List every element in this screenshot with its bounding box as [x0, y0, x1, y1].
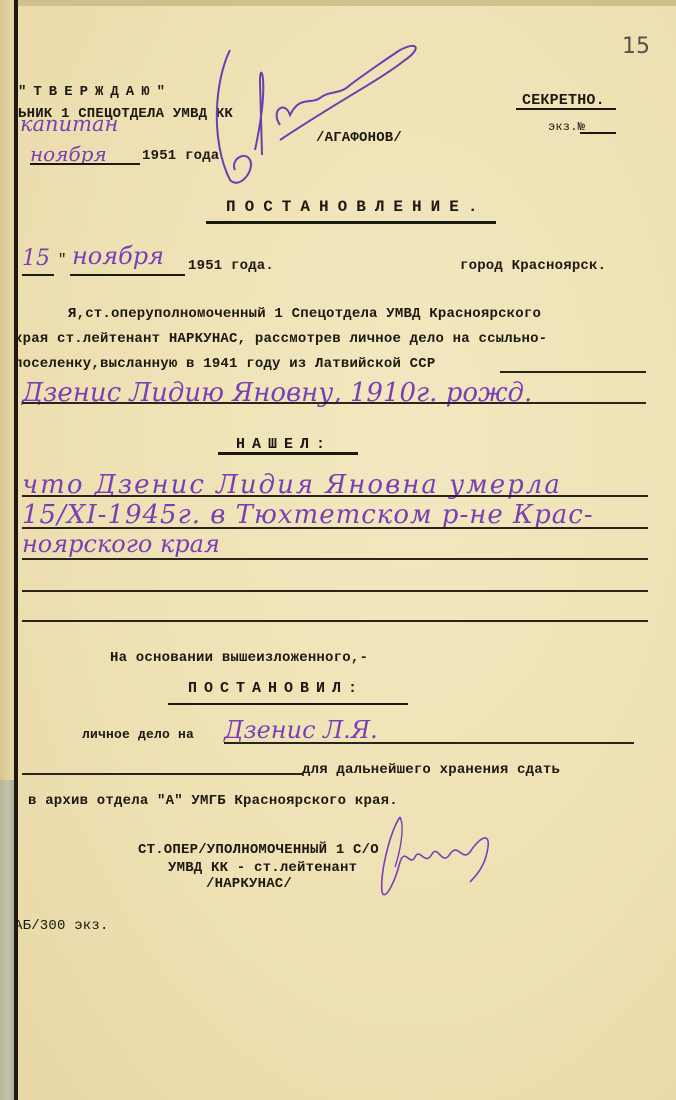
resolution-name-handwritten: Дзенис Л.Я.: [224, 716, 378, 744]
resolution-prefix: личное дело на: [82, 727, 194, 742]
signatory-unit-rank: УМВД КК - ст.лейтенант: [168, 860, 357, 876]
page-top-edge: [18, 0, 676, 6]
found-heading: НАШЕЛ:: [236, 436, 332, 453]
officer-signature-icon: [370, 812, 550, 902]
signatory-title: СТ.ОПЕР/УПОЛНОМОЧЕННЫЙ 1 С/О: [138, 842, 379, 858]
date-day-handwritten: 15: [22, 246, 50, 271]
date-year: 1951 года.: [188, 258, 274, 274]
found-line-1-rule: [22, 495, 648, 497]
copy-number-line: [580, 132, 616, 134]
approval-title: "ТВЕРЖДАЮ": [18, 84, 172, 100]
date-city: город Красноярск.: [460, 258, 606, 274]
page-title: ПОСТАНОВЛЕНИЕ.: [226, 198, 486, 216]
approval-rank-handwritten: капитан: [20, 112, 118, 136]
resolution-line-2: для дальнейшего хранения сдать: [302, 762, 560, 778]
subject-underline: [22, 402, 646, 404]
page-number: 15: [622, 34, 650, 59]
resolved-heading-underline: [168, 703, 408, 705]
resolution-name-line: [224, 742, 634, 744]
found-text-line-3: ноярского края: [22, 530, 220, 558]
date-quote: ": [58, 252, 67, 268]
resolution-blank-line: [22, 773, 302, 775]
found-line-4-rule: [22, 590, 648, 592]
found-line-3-rule: [22, 558, 648, 560]
resolution-line-3: в архив отдела "А" УМГБ Красноярского кр…: [28, 793, 398, 809]
classification-underline: [516, 108, 616, 110]
date-day-underline: [22, 274, 54, 276]
found-line-5-rule: [22, 620, 648, 622]
found-heading-underline: [218, 452, 358, 455]
body-line-3: поселенку,высланную в 1941 году из Латви…: [14, 356, 435, 372]
approval-date-underline: [30, 163, 140, 165]
classification-stamp: СЕКРЕТНО.: [522, 92, 605, 109]
found-line-2-rule: [22, 527, 648, 529]
footer-note: АБ/300 экз.: [14, 918, 109, 934]
body-line-3-fill: [500, 371, 646, 373]
body-line-1: Я,ст.оперуполномоченный 1 Спецотдела УМВ…: [68, 306, 541, 322]
body-line-2: края ст.лейтенант НАРКУНАС, рассмотрев л…: [14, 331, 547, 347]
approver-signature-icon: [200, 40, 460, 190]
basis-text: На основании вышеизложенного,-: [110, 650, 368, 666]
date-month-underline: [70, 274, 185, 276]
resolved-heading: ПОСТАНОВИЛ:: [188, 680, 364, 697]
found-text-line-2: 15/XI-1945г. в Тюхтетском р-не Крас-: [22, 500, 594, 530]
title-underline: [206, 221, 496, 224]
page-edge-shadow: [14, 0, 18, 1100]
date-month-handwritten: ноября: [72, 242, 164, 270]
signatory-name: /НАРКУНАС/: [206, 876, 292, 892]
